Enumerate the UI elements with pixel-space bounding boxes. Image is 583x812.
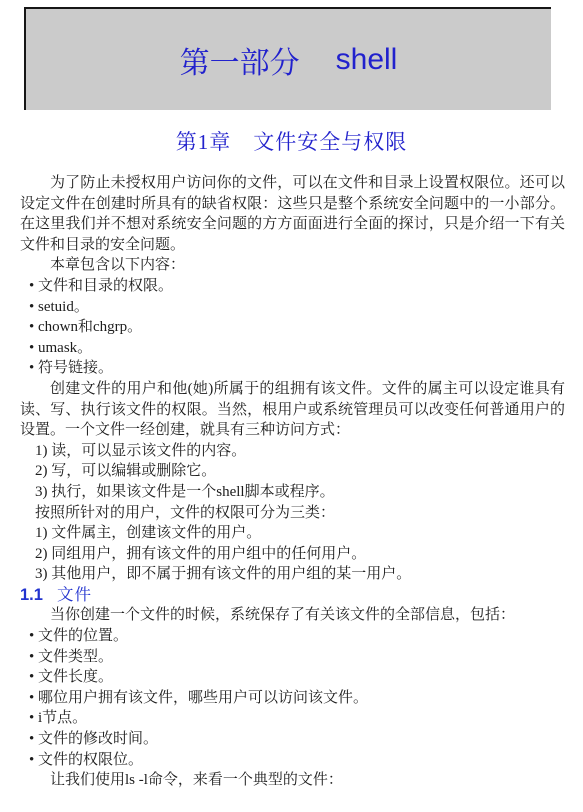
- access-mode-item: 1) 读，可以显示该文件的内容。: [35, 441, 565, 462]
- paragraph-ownership: 创建文件的用户和他(她)所属于的组拥有该文件。文件的属主可以设定谁具有读、写、执…: [20, 379, 565, 441]
- permission-class-item: 2) 同组用户，拥有该文件的用户组中的任何用户。: [35, 544, 565, 565]
- permission-classes-lead: 按照所针对的用户，文件的权限可分为三类：: [35, 503, 565, 524]
- paragraph-file-info: 当你创建一个文件的时候，系统保存了有关该文件的全部信息，包括：: [20, 605, 565, 626]
- access-mode-item: 3) 执行，如果该文件是一个shell脚本或程序。: [35, 482, 565, 503]
- section-number: 1.1: [20, 586, 43, 604]
- file-info-item: • 文件的位置。: [29, 626, 565, 647]
- permission-class-item: 3) 其他用户，即不属于拥有该文件的用户组的某一用户。: [35, 564, 565, 585]
- file-info-item: • 文件的权限位。: [29, 750, 565, 771]
- section-title: 文件: [57, 585, 92, 604]
- contents-lead: 本章包含以下内容：: [20, 255, 565, 276]
- paragraph-intro: 为了防止未授权用户访问你的文件，可以在文件和目录上设置权限位。还可以设定文件在创…: [20, 173, 565, 255]
- file-info-item: • 文件长度。: [29, 667, 565, 688]
- ls-command-line: 让我们使用ls -l命令，来看一个典型的文件：: [20, 770, 565, 791]
- permission-class-item: 1) 文件属主，创建该文件的用户。: [35, 523, 565, 544]
- page-body: 为了防止未授权用户访问你的文件，可以在文件和目录上设置权限位。还可以设定文件在创…: [0, 156, 583, 791]
- part-banner: 第一部分 shell: [24, 7, 551, 110]
- file-info-item: • 哪位用户拥有该文件，哪些用户可以访问该文件。: [29, 688, 565, 709]
- part-name-label: shell: [336, 43, 398, 77]
- contents-item: • umask。: [29, 338, 565, 359]
- access-mode-item: 2) 写，可以编辑或删除它。: [35, 461, 565, 482]
- contents-item: • chown和chgrp。: [29, 317, 565, 338]
- contents-item: • 符号链接。: [29, 358, 565, 379]
- file-info-item: • i节点。: [29, 708, 565, 729]
- part-number-label: 第一部分: [180, 38, 300, 82]
- section-heading-1-1: 1.1文件: [20, 585, 565, 606]
- contents-item: • 文件和目录的权限。: [29, 276, 565, 297]
- file-info-item: • 文件的修改时间。: [29, 729, 565, 750]
- file-info-item: • 文件类型。: [29, 647, 565, 668]
- book-page: { "banner": { "part_label": "第一部分", "par…: [0, 0, 583, 812]
- contents-item: • setuid。: [29, 297, 565, 318]
